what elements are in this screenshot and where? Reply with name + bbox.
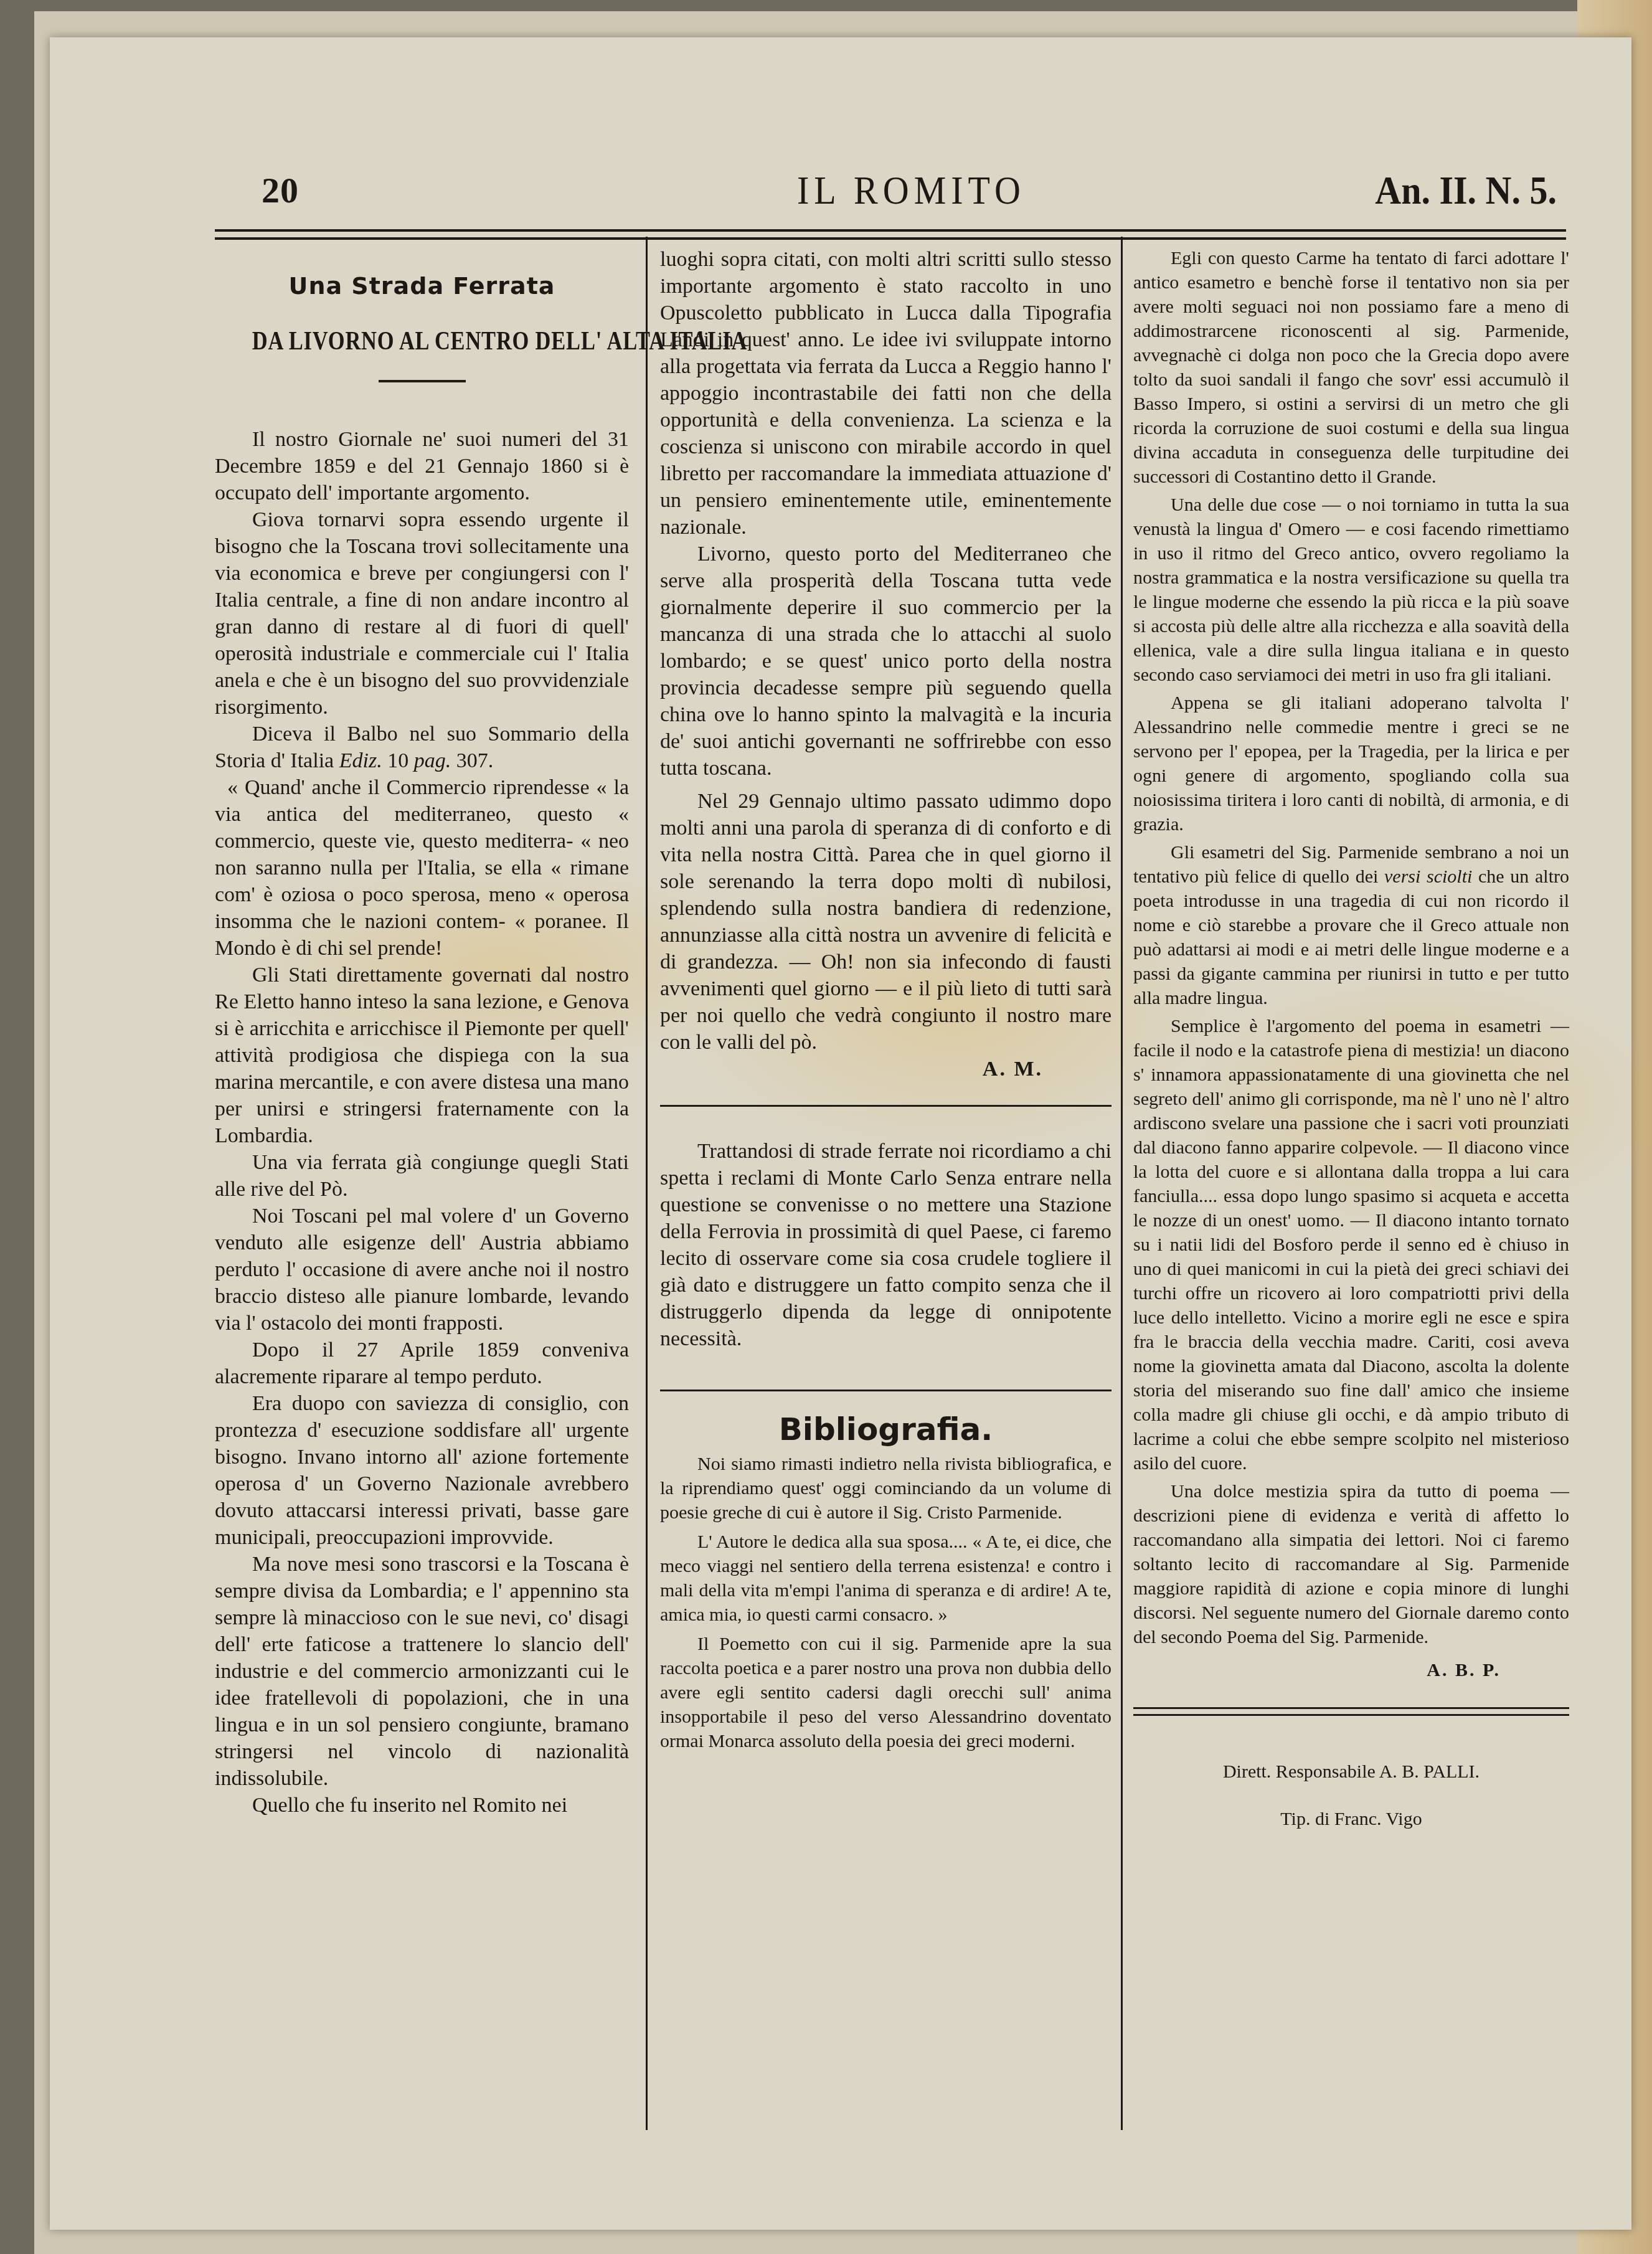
quotation: « Quand' anche il Commercio riprendesse … <box>215 774 629 962</box>
paragraph: Noi siamo rimasti indietro nella rivista… <box>660 1452 1112 1525</box>
paragraph: Era duopo con saviezza di consiglio, con… <box>215 1390 629 1551</box>
paragraph: Diceva il Balbo nel suo Sommario della S… <box>215 721 629 774</box>
citation-pag: pag. <box>414 749 451 772</box>
paragraph: Quello che fu inserito nel Romito nei <box>215 1792 629 1819</box>
column-divider <box>1121 237 1123 2130</box>
paragraph: Una dolce mestizia spira da tutto di poe… <box>1133 1479 1569 1649</box>
paragraph: Il Poemetto con cui il sig. Parmenide ap… <box>660 1632 1112 1753</box>
footer-double-rule <box>1133 1707 1569 1716</box>
paragraph: Il nostro Giornale ne' suoi numeri del 3… <box>215 426 629 506</box>
bibliography-heading: Bibliografia. <box>660 1416 1112 1443</box>
newspaper-title: IL ROMITO <box>797 168 1026 214</box>
paragraph: Semplice è l'argomento del poema in esam… <box>1133 1014 1569 1475</box>
article-headline: DA LIVORNO AL CENTRO DELL' ALTA ITALIA <box>252 328 592 355</box>
column-divider <box>646 237 648 2130</box>
masthead-double-rule <box>215 229 1566 240</box>
section-rule <box>660 1390 1112 1391</box>
notice: Trattandosi di strade ferrate noi ricord… <box>660 1138 1112 1352</box>
column-3: Egli con questo Carme ha tentato di farc… <box>1133 246 1569 1832</box>
paragraph: Appena se gli italiani adoperano talvolt… <box>1133 691 1569 836</box>
paragraph: Noi Toscani pel mal volere d' un Governo… <box>215 1203 629 1337</box>
column-1: Una Strada Ferrata DA LIVORNO AL CENTRO … <box>215 262 629 1819</box>
citation-ediz: Ediz. <box>339 749 382 772</box>
paragraph: Gli esametri del Sig. Parmenide sembrano… <box>1133 840 1569 1010</box>
paragraph: Una via ferrata già congiunge quegli Sta… <box>215 1149 629 1203</box>
author-signature: A. M. <box>660 1056 1112 1082</box>
paragraph: Egli con questo Carme ha tentato di farc… <box>1133 246 1569 489</box>
paragraph: Giova tornarvi sopra essendo urgente il … <box>215 506 629 721</box>
paragraph: Dopo il 27 Aprile 1859 conveniva alacrem… <box>215 1337 629 1390</box>
paragraph: Nel 29 Gennajo ultimo passato udimmo dop… <box>660 788 1112 1056</box>
paragraph: Ma nove mesi sono trascorsi e la Toscana… <box>215 1551 629 1792</box>
column-2: luoghi sopra citati, con molti altri scr… <box>660 246 1112 1753</box>
paragraph: Livorno, questo porto del Mediterraneo c… <box>660 541 1112 782</box>
page-number: 20 <box>262 169 299 211</box>
italic-term: versi sciolti <box>1384 866 1472 887</box>
paragraph: Gli Stati direttamente governati dal nos… <box>215 962 629 1149</box>
headline-rule <box>379 380 466 382</box>
paragraph: luoghi sopra citati, con molti altri scr… <box>660 246 1112 541</box>
issue-number: An. II. N. 5. <box>1375 168 1557 214</box>
paragraph: L' Autore le dedica alla sua sposa.... «… <box>660 1530 1112 1627</box>
printer-imprint: Tip. di Franc. Vigo <box>1133 1807 1569 1832</box>
paragraph: Una delle due cose — o noi torniamo in t… <box>1133 493 1569 687</box>
editor-imprint: Dirett. Responsabile A. B. PALLI. <box>1133 1759 1569 1784</box>
author-signature: A. B. P. <box>1133 1658 1569 1682</box>
section-rule <box>660 1105 1112 1107</box>
article-kicker: Una Strada Ferrata <box>215 273 629 300</box>
masthead: 20 IL ROMITO An. II. N. 5. <box>262 169 1582 219</box>
